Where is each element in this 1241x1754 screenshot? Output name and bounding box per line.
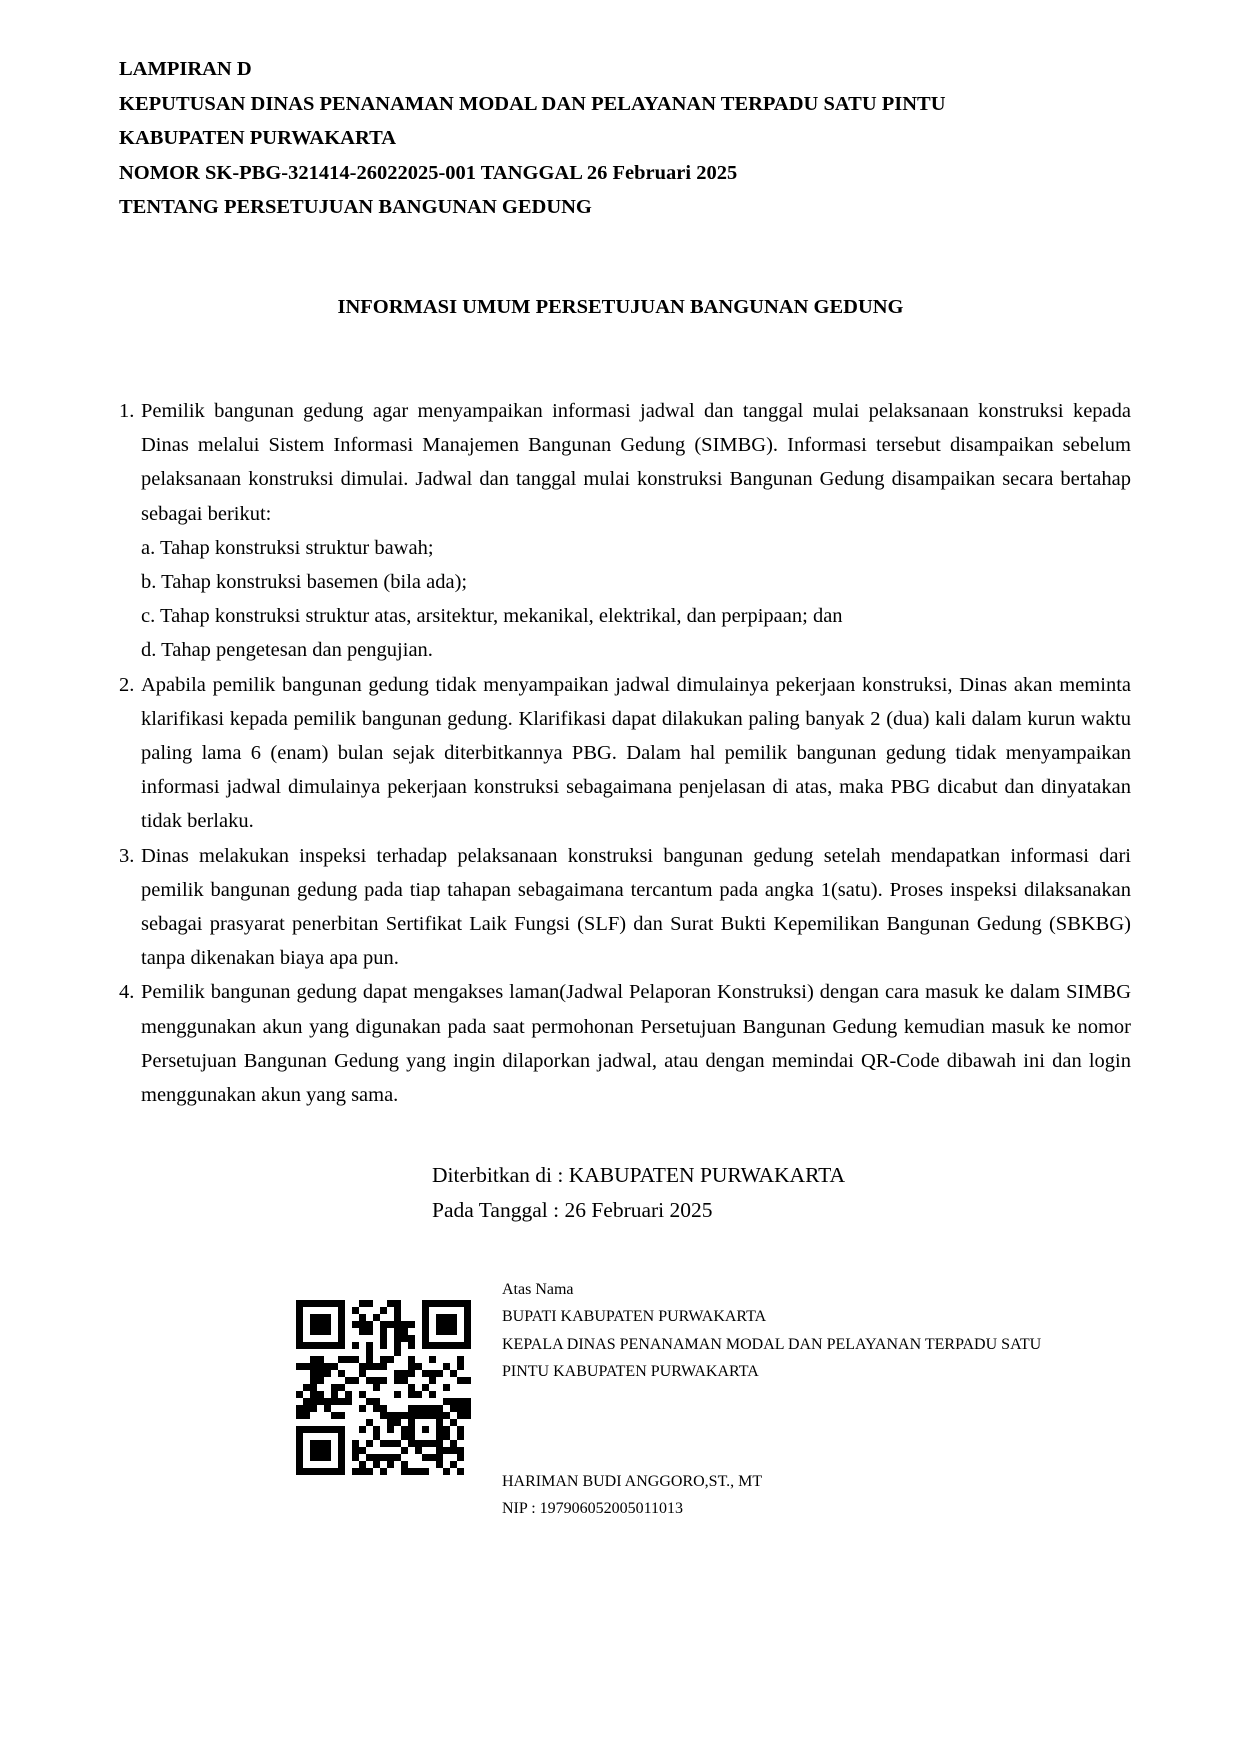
item-number: 4. [119,975,134,1009]
sub-item: d. Tahap pengetesan dan pengujian. [141,633,1131,667]
decree-region: KABUPATEN PURWAKARTA [119,121,1119,156]
signature-block: Atas Nama BUPATI KABUPATEN PURWAKARTA KE… [502,1276,1041,1522]
decree-issuer: KEPUTUSAN DINAS PENANAMAN MODAL DAN PELA… [119,87,1119,122]
list-item: 2. Apabila pemilik bangunan gedung tidak… [119,668,1131,839]
list-item: 3. Dinas melakukan inspeksi terhadap pel… [119,839,1131,976]
sub-item: c. Tahap konstruksi struktur atas, arsit… [141,599,1131,633]
attachment-label: LAMPIRAN D [119,52,1119,87]
document-header: LAMPIRAN D KEPUTUSAN DINAS PENANAMAN MOD… [119,52,1119,225]
signatory-office-cont: PINTU KABUPATEN PURWAKARTA [502,1358,1041,1385]
information-list: 1. Pemilik bangunan gedung agar menyampa… [119,394,1131,1112]
signature-space [502,1386,1041,1468]
signatory-name: HARIMAN BUDI ANGGORO,ST., MT [502,1468,1041,1495]
qr-code-icon[interactable] [296,1300,471,1475]
item-number: 2. [119,668,134,702]
issued-place: Diterbitkan di : KABUPATEN PURWAKARTA [432,1158,845,1193]
item-text: Pemilik bangunan gedung dapat mengakses … [141,975,1131,1112]
sub-item: a. Tahap konstruksi struktur bawah; [141,531,1131,565]
item-text: Dinas melakukan inspeksi terhadap pelaks… [141,839,1131,976]
on-behalf-label: Atas Nama [502,1276,1041,1303]
page-title: INFORMASI UMUM PERSETUJUAN BANGUNAN GEDU… [0,292,1241,322]
item-number: 3. [119,839,134,873]
signatory-nip: NIP : 197906052005011013 [502,1495,1041,1522]
item-text: Pemilik bangunan gedung agar menyampaika… [141,394,1131,531]
signatory-position: BUPATI KABUPATEN PURWAKARTA [502,1303,1041,1330]
sub-item: b. Tahap konstruksi basemen (bila ada); [141,565,1131,599]
list-item: 1. Pemilik bangunan gedung agar menyampa… [119,394,1131,668]
signatory-office: KEPALA DINAS PENANAMAN MODAL DAN PELAYAN… [502,1331,1041,1358]
item-number: 1. [119,394,134,428]
issued-date: Pada Tanggal : 26 Februari 2025 [432,1193,845,1228]
item-text: Apabila pemilik bangunan gedung tidak me… [141,668,1131,839]
decree-subject: TENTANG PERSETUJUAN BANGUNAN GEDUNG [119,190,1119,225]
decree-number: NOMOR SK-PBG-321414-26022025-001 TANGGAL… [119,156,1119,191]
issuance-block: Diterbitkan di : KABUPATEN PURWAKARTA Pa… [432,1158,845,1227]
list-item: 4. Pemilik bangunan gedung dapat mengaks… [119,975,1131,1112]
